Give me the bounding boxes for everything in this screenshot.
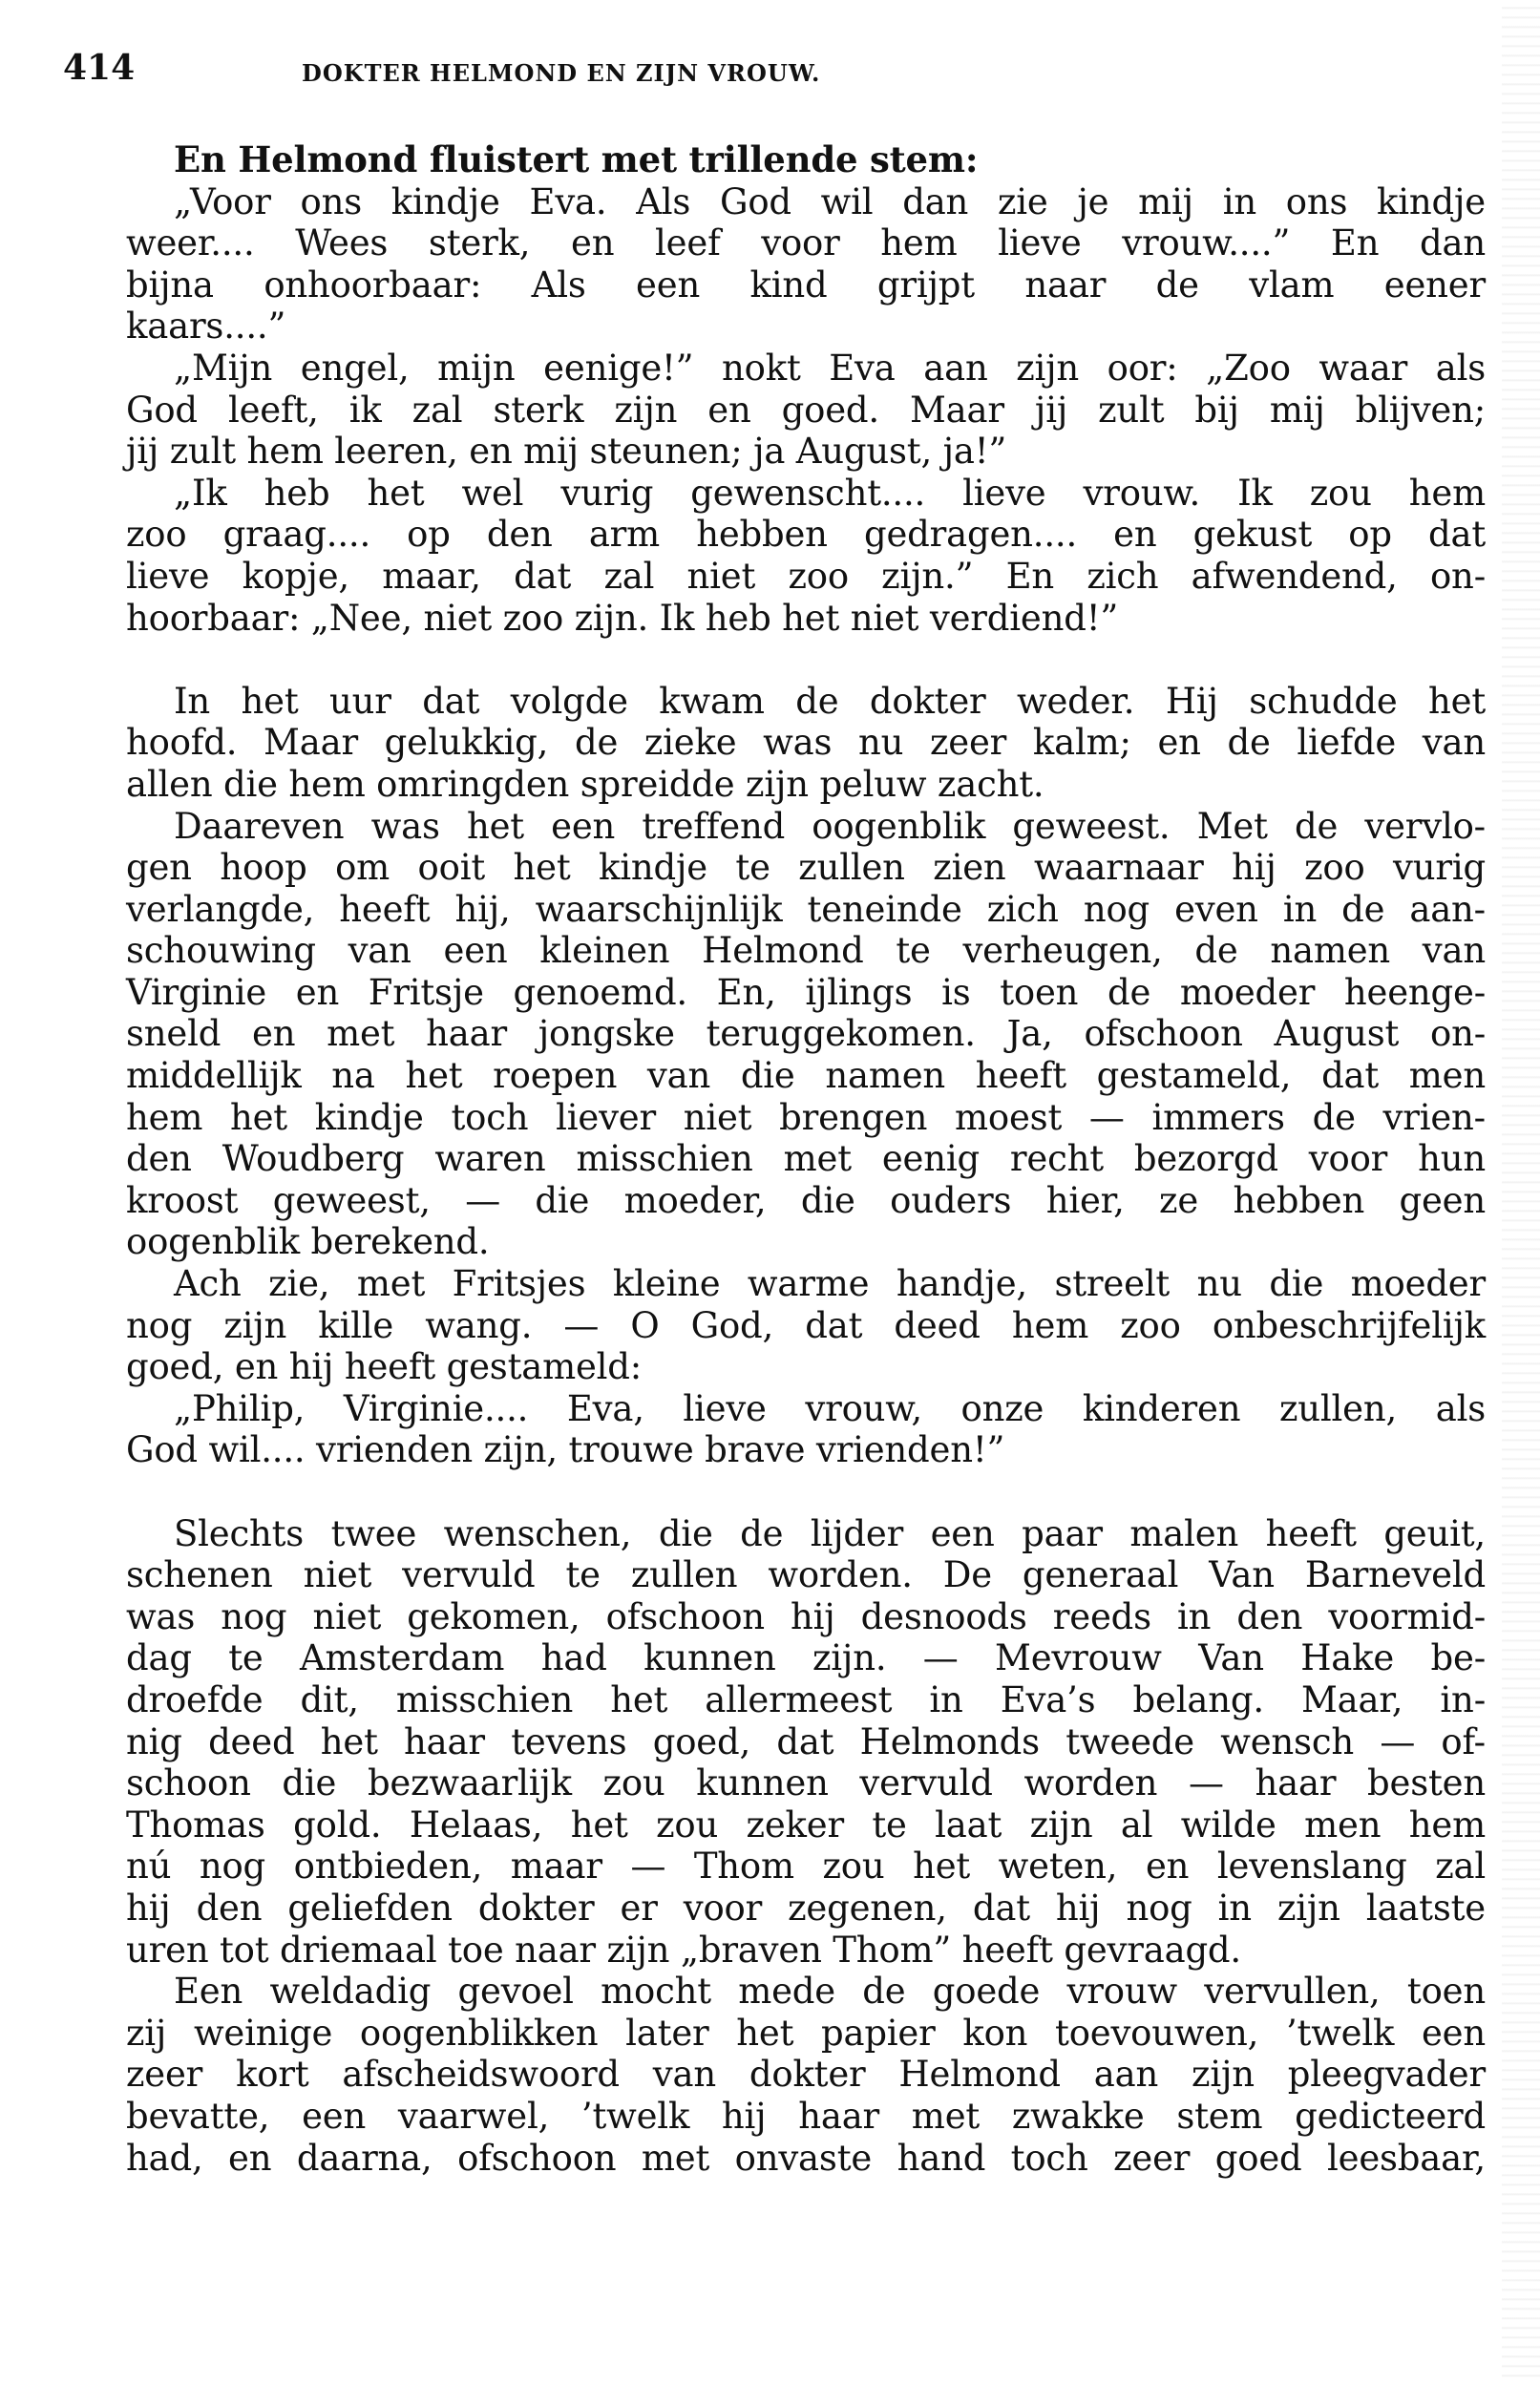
- running-header: 414 DOKTER HELMOND EN ZIJN VROUW.: [63, 48, 1486, 95]
- text-line: nú nog ontbieden, maar — Thom zou het we…: [126, 1846, 1486, 1888]
- text-line: den Woudberg waren misschien met eenig r…: [126, 1138, 1486, 1180]
- text-line: kaars....”: [126, 306, 1486, 348]
- text-line: middellijk na het roepen van die namen h…: [126, 1055, 1486, 1097]
- text-line: hoofd. Maar gelukkig, de zieke was nu ze…: [126, 722, 1486, 764]
- text-line: God wil.... vrienden zijn, trouwe brave …: [126, 1429, 1486, 1471]
- body-text: En Helmond fluistert met trillende stem:…: [126, 139, 1486, 2179]
- text-line: was nog niet gekomen, ofschoon hij desno…: [126, 1596, 1486, 1638]
- paragraph: En Helmond fluistert met trillende stem:: [126, 139, 1486, 181]
- paragraph: „Ik heb het wel vurig gewenscht.... liev…: [126, 473, 1486, 639]
- paragraph: Een weldadig gevoel mocht mede de goede …: [126, 1971, 1486, 2179]
- text-line: schenen niet vervuld te zullen worden. D…: [126, 1554, 1486, 1596]
- page-number: 414: [63, 48, 135, 88]
- paragraph: Ach zie, met Fritsjes kleine warme handj…: [126, 1263, 1486, 1388]
- text-line: weer.... Wees sterk, en leef voor hem li…: [126, 222, 1486, 264]
- text-line: schoon die bezwaarlijk zou kunnen vervul…: [126, 1762, 1486, 1804]
- text-line: goed, en hij heeft gestameld:: [126, 1346, 1486, 1388]
- text-line: oogenblik berekend.: [126, 1221, 1486, 1263]
- text-line: Slechts twee wenschen, die de lijder een…: [126, 1513, 1486, 1555]
- text-line: kroost geweest, — die moeder, die ouders…: [126, 1180, 1486, 1222]
- text-line: bevatte, een vaarwel, ’twelk hij haar me…: [126, 2096, 1486, 2138]
- running-title: DOKTER HELMOND EN ZIJN VROUW.: [302, 59, 820, 87]
- text-line: hoorbaar: „Nee, niet zoo zijn. Ik heb he…: [126, 598, 1486, 640]
- text-line: God leeft, ik zal sterk zijn en goed. Ma…: [126, 390, 1486, 432]
- text-line: verlangde, heeft hij, waarschijnlijk ten…: [126, 889, 1486, 931]
- text-line: gen hoop om ooit het kindje te zullen zi…: [126, 847, 1486, 889]
- book-page: 414 DOKTER HELMOND EN ZIJN VROUW. En Hel…: [0, 0, 1540, 2384]
- paragraph: „Mijn engel, mijn eenige!” nokt Eva aan …: [126, 348, 1486, 473]
- paragraph: „Philip, Virginie.... Eva, lieve vrouw, …: [126, 1388, 1486, 1471]
- text-line: En Helmond fluistert met trillende stem:: [126, 139, 1486, 181]
- text-line: nog zijn kille wang. — O God, dat deed h…: [126, 1305, 1486, 1347]
- text-line: In het uur dat volgde kwam de dokter wed…: [126, 681, 1486, 723]
- text-line: allen die hem omringden spreidde zijn pe…: [126, 764, 1486, 806]
- paragraph: In het uur dat volgde kwam de dokter wed…: [126, 681, 1486, 806]
- text-line: „Philip, Virginie.... Eva, lieve vrouw, …: [126, 1388, 1486, 1430]
- text-line: Een weldadig gevoel mocht mede de goede …: [126, 1971, 1486, 2013]
- text-line: dag te Amsterdam had kunnen zijn. — Mevr…: [126, 1637, 1486, 1679]
- text-line: hij den geliefden dokter er voor zegenen…: [126, 1888, 1486, 1930]
- text-line: Virginie en Fritsje genoemd. En, ijlings…: [126, 972, 1486, 1014]
- text-line: Thomas gold. Helaas, het zou zeker te la…: [126, 1804, 1486, 1846]
- text-line: „Ik heb het wel vurig gewenscht.... liev…: [126, 473, 1486, 515]
- section-break: [126, 1471, 1486, 1513]
- text-line: droefde dit, misschien het allermeest in…: [126, 1679, 1486, 1721]
- paragraph: Daareven was het een treffend oogenblik …: [126, 806, 1486, 1264]
- text-line: bijna onhoorbaar: Als een kind grijpt na…: [126, 264, 1486, 306]
- section-break: [126, 639, 1486, 681]
- text-line: zij weinige oogenblikken later het papie…: [126, 2013, 1486, 2055]
- text-line: nig deed het haar tevens goed, dat Helmo…: [126, 1721, 1486, 1763]
- page-edge-scan-noise: [1502, 0, 1540, 2384]
- paragraph: „Voor ons kindje Eva. Als God wil dan zi…: [126, 181, 1486, 348]
- text-line: hem het kindje toch liever niet brengen …: [126, 1097, 1486, 1139]
- text-line: lieve kopje, maar, dat zal niet zoo zijn…: [126, 556, 1486, 598]
- text-line: uren tot driemaal toe naar zijn „braven …: [126, 1930, 1486, 1972]
- text-line: had, en daarna, ofschoon met onvaste han…: [126, 2138, 1486, 2180]
- paragraph: Slechts twee wenschen, die de lijder een…: [126, 1513, 1486, 1972]
- text-line: Ach zie, met Fritsjes kleine warme handj…: [126, 1263, 1486, 1305]
- text-line: sneld en met haar jongske teruggekomen. …: [126, 1013, 1486, 1055]
- text-line: Daareven was het een treffend oogenblik …: [126, 806, 1486, 848]
- text-line: „Mijn engel, mijn eenige!” nokt Eva aan …: [126, 348, 1486, 390]
- text-line: „Voor ons kindje Eva. Als God wil dan zi…: [126, 181, 1486, 223]
- text-line: zeer kort afscheidswoord van dokter Helm…: [126, 2054, 1486, 2096]
- text-line: zoo graag.... op den arm hebben gedragen…: [126, 514, 1486, 556]
- text-line: jij zult hem leeren, en mij steunen; ja …: [126, 431, 1486, 473]
- text-line: schouwing van een kleinen Helmond te ver…: [126, 930, 1486, 972]
